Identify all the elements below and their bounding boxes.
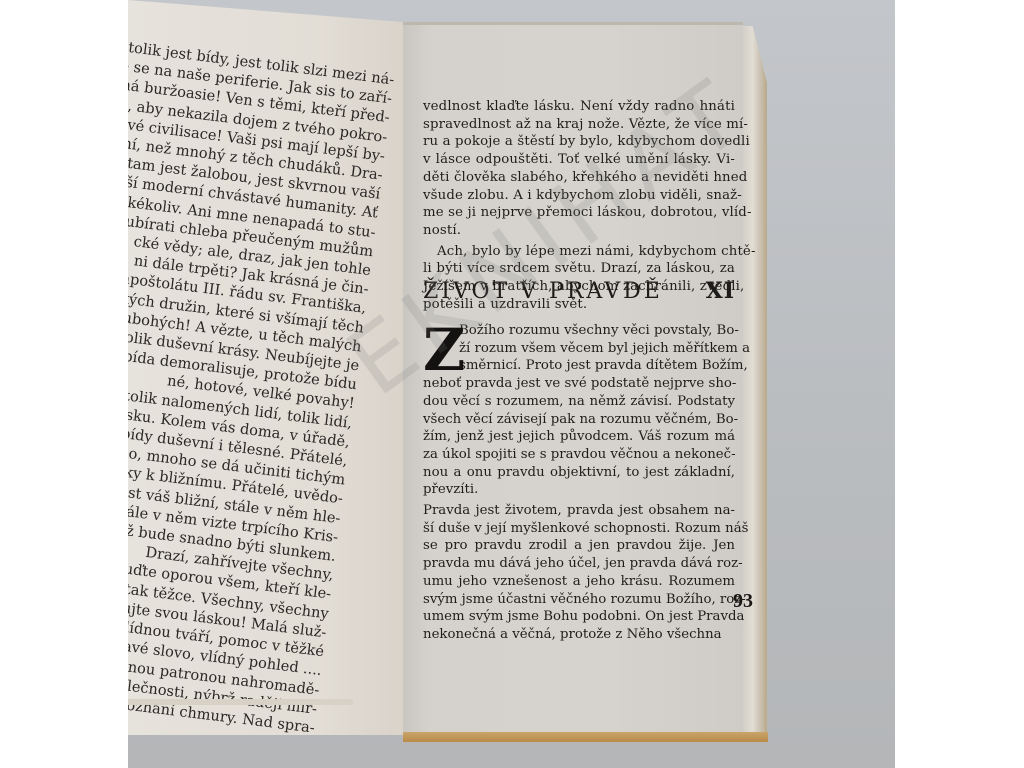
text-line: me se ji nejprve přemoci láskou, dobroto… [423,204,735,222]
chapter-number: XI [706,278,735,304]
chapter-title: ŽIVOT V PRAVDĚ [423,279,663,304]
page-stack-edge [743,26,767,736]
text-line: umu jeho vznešenost a jeho krásu. Rozume… [423,573,735,591]
text-line: ností. [423,222,735,240]
left-page-bottom-edge [128,699,353,705]
text-line: děti člověka slabého, křehkého a nevidět… [423,169,735,187]
text-line: Božího rozumu všechny věci povstaly, Bo- [423,322,735,340]
chapter-paragraph-2: Pravda jest životem, pravda jest obsahem… [423,502,735,644]
text-line: ží rozum všem věcem byl jejich měřítkem … [423,340,735,358]
drop-cap: Z [423,324,465,376]
chapter-body: Z Božího rozumu všechny věci povstaly, B… [423,322,735,644]
text-line: Pravda jest životem, pravda jest obsahem… [423,502,735,520]
continuation-paragraph: vedlnost klaďte lásku. Není vždy radno h… [423,98,735,240]
text-line: neboť pravda jest ve své podstatě nejprv… [423,375,735,393]
text-line: pravda mu dává jeho účel, jen pravda dáv… [423,555,735,573]
text-line: nekonečná a věčná, protože z Něho všechn… [423,626,735,644]
book-photo: tolik jest bídy, jest tolik slzi mezi ná… [128,0,895,768]
text-line: ru a pokoje a štěstí by bylo, kdybychom … [423,133,735,151]
text-line: dou věcí s rozumem, na němž závisí. Pods… [423,393,735,411]
book-bottom-edge [403,732,768,742]
left-page: tolik jest bídy, jest tolik slzi mezi ná… [128,0,403,735]
text-line: svým jsme účastni věčného rozumu Božího,… [423,591,735,609]
chapter-paragraph-1: Božího rozumu všechny věci povstaly, Bo-… [423,322,735,499]
text-line: nou a onu pravdu objektivní, to jest zák… [423,464,735,482]
text-line: spravedlnost až na kraj nože. Vězte, že … [423,116,735,134]
text-line: všech věcí závisejí pak na rozumu věčném… [423,411,735,429]
text-line: směrnicí. Proto jest pravda dítětem Boží… [423,357,735,375]
text-line: se pro pravdu zrodil a jen pravdou žije.… [423,537,735,555]
chapter-heading: ŽIVOT V PRAVDĚ XI [423,278,735,304]
page-number: 93 [733,590,753,613]
text-line: umem svým jsme Bohu podobni. On jest Pra… [423,608,735,626]
text-line: převzíti. [423,481,735,499]
text-line: žím, jenž jest jejich původcem. Váš rozu… [423,428,735,446]
text-line: ší duše v její myšlenkové schopnosti. Ro… [423,520,735,538]
text-line: všude zlobu. A i kdybychom zlobu viděli,… [423,187,735,205]
text-line: Ach, bylo by lépe mezi námi, kdybychom c… [423,243,735,261]
text-line: li býti více srdcem světu. Drazí, za lás… [423,260,735,278]
left-page-text: tolik jest bídy, jest tolik slzi mezi ná… [128,28,395,738]
text-line: za úkol spojiti se s pravdou věčnou a ne… [423,446,735,464]
text-line: vedlnost klaďte lásku. Není vždy radno h… [423,98,735,116]
text-line: v lásce odpouštěti. Toť velké umění lásk… [423,151,735,169]
